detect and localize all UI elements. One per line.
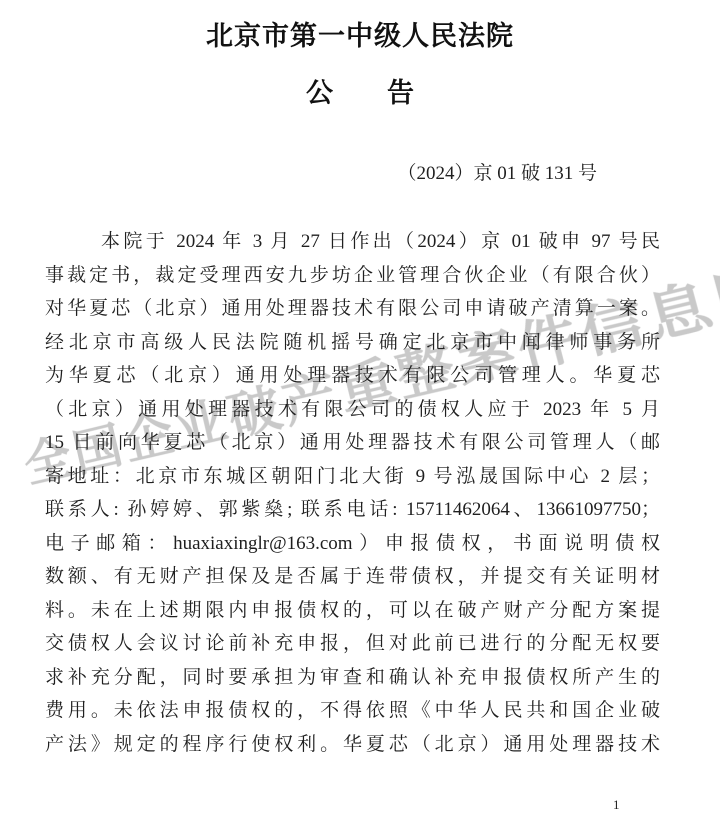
body-line: 产法》规定的程序行使权利。华夏芯（北京）通用处理器技术	[45, 728, 660, 762]
body-line: 交债权人会议讨论前补充申报，但对此前已进行的分配无权要	[45, 627, 660, 661]
body-line: 本院于 2024 年 3 月 27 日作出（2024）京 01 破申 97 号民	[45, 225, 660, 259]
case-number: （2024）京 01 破 131 号	[0, 158, 720, 185]
body-line: 数额、有无财产担保及是否属于连带债权，并提交有关证明材	[45, 560, 660, 594]
body-line: （北京）通用处理器技术有限公司的债权人应于 2023 年 5 月	[45, 393, 660, 427]
body-line: 联系人: 孙婷婷、郭紫燊; 联系电话: 15711462064、13661097…	[45, 493, 660, 527]
page-number: 1	[613, 797, 620, 813]
announcement-body: 本院于 2024 年 3 月 27 日作出（2024）京 01 破申 97 号民…	[45, 225, 660, 761]
body-line: 15 日前向华夏芯（北京）通用处理器技术有限公司管理人（邮	[45, 426, 660, 460]
body-line: 求补充分配，同时要承担为审查和确认补充申报债权所产生的	[45, 661, 660, 695]
body-line: 经北京市高级人民法院随机摇号确定北京市中闻律师事务所	[45, 326, 660, 360]
court-name: 北京市第一中级人民法院	[0, 14, 720, 53]
body-line: 寄地址：北京市东城区朝阳门北大街 9 号泓晟国际中心 2 层；	[45, 460, 660, 494]
body-line: 电子邮箱：huaxiaxinglr@163.com）申报债权，书面说明债权	[45, 527, 660, 561]
body-line: 对华夏芯（北京）通用处理器技术有限公司申请破产清算一案。	[45, 292, 660, 326]
body-line: 为华夏芯（北京）通用处理器技术有限公司管理人。华夏芯	[45, 359, 660, 393]
body-line: 事裁定书，裁定受理西安九步坊企业管理合伙企业（有限合伙）	[45, 259, 660, 293]
announcement-page: 全国企业破产重整案件信息网 北京市第一中级人民法院 公 告 （2024）京 01…	[0, 0, 720, 830]
body-line: 费用。未依法申报债权的，不得依照《中华人民共和国企业破	[45, 694, 660, 728]
announcement-title: 公 告	[0, 71, 720, 110]
body-line: 料。未在上述期限内申报债权的，可以在破产财产分配方案提	[45, 594, 660, 628]
